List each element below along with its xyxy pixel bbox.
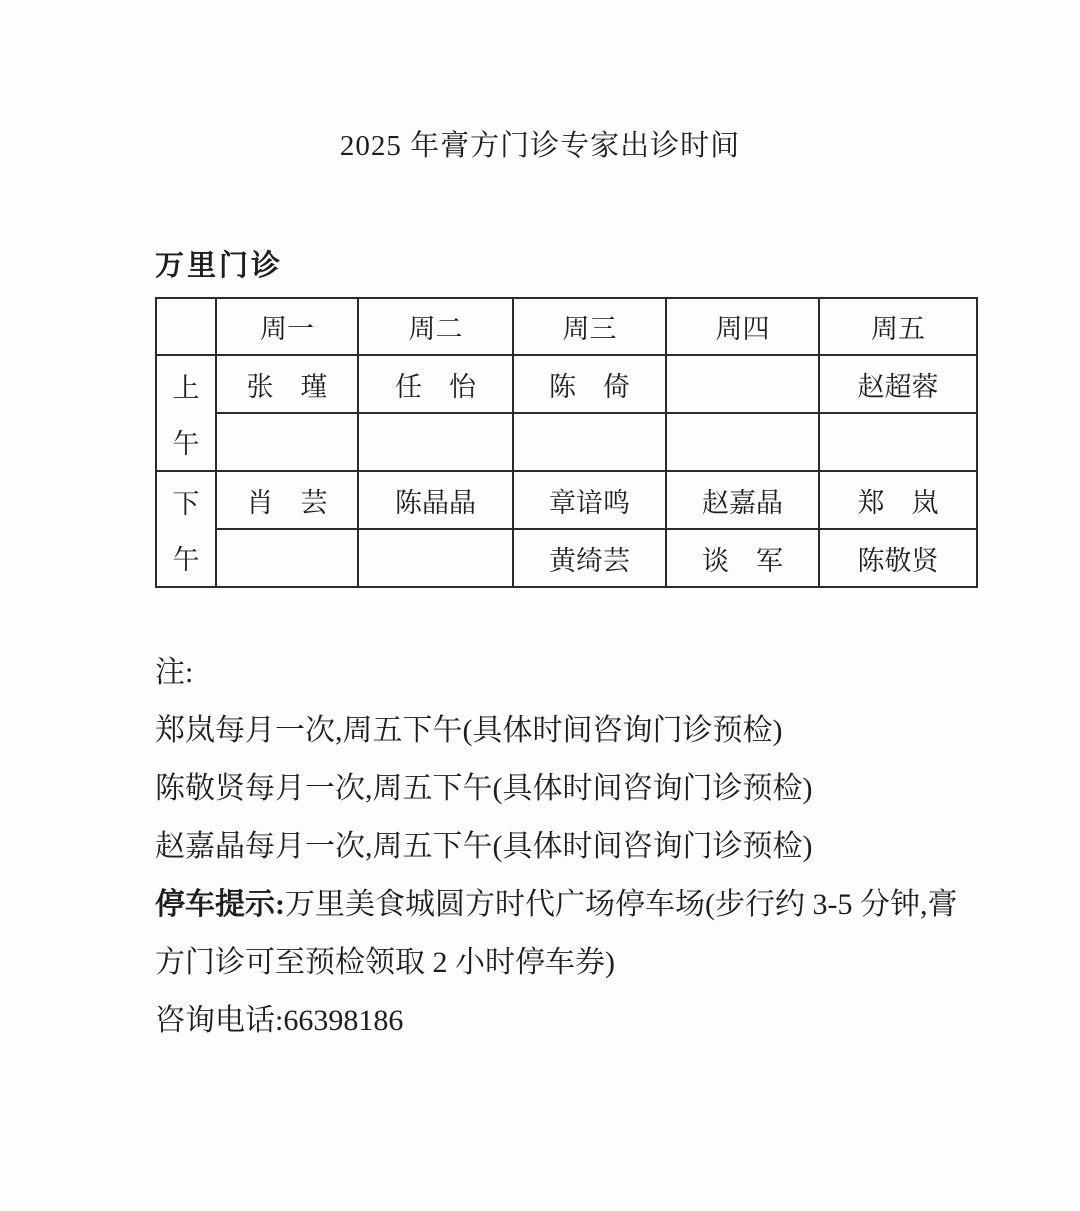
phone-line: 咨询电话:66398186	[155, 992, 976, 1050]
doctor-cell	[358, 529, 513, 587]
period-label-char: 午	[173, 422, 200, 461]
doctor-cell: 张 瑾	[216, 355, 358, 413]
phone-label: 咨询电话:	[155, 1004, 283, 1037]
day-header-row: 周一 周二 周三 周四 周五	[156, 298, 977, 355]
document-title: 2025 年膏方门诊专家出诊时间	[0, 126, 1080, 166]
parking-label: 停车提示:	[155, 888, 285, 921]
doctor-cell: 谈 军	[666, 529, 819, 587]
doctor-cell	[666, 355, 819, 413]
afternoon-row-1: 下 午 肖 芸 陈晶晶 章谙鸣 赵嘉晶 郑 岚	[156, 471, 977, 529]
note-line: 赵嘉晶每月一次,周五下午(具体时间咨询门诊预检)	[155, 818, 976, 876]
doctor-cell: 肖 芸	[216, 471, 358, 529]
doctor-cell: 陈 倚	[513, 355, 666, 413]
period-label-afternoon: 下 午	[156, 471, 216, 587]
doctor-cell: 陈敬贤	[819, 529, 977, 587]
doctor-cell: 陈晶晶	[358, 471, 513, 529]
note-line: 陈敬贤每月一次,周五下午(具体时间咨询门诊预检)	[155, 760, 976, 818]
document-content: 万里门诊 周一 周二 周三 周四 周五	[155, 246, 976, 1050]
doctor-cell: 郑 岚	[819, 471, 977, 529]
doctor-cell: 黄绮芸	[513, 529, 666, 587]
period-label-morning: 上 午	[156, 355, 216, 471]
phone-number: 66398186	[283, 1004, 403, 1037]
day-header-friday: 周五	[819, 298, 977, 355]
note-line: 郑岚每月一次,周五下午(具体时间咨询门诊预检)	[155, 702, 976, 760]
doctor-cell	[216, 413, 358, 471]
day-header-thursday: 周四	[666, 298, 819, 355]
period-label-morning-text: 上 午	[157, 357, 215, 469]
notes-label: 注:	[155, 644, 976, 702]
notes-section: 注: 郑岚每月一次,周五下午(具体时间咨询门诊预检) 陈敬贤每月一次,周五下午(…	[155, 644, 976, 1050]
day-header-tuesday: 周二	[358, 298, 513, 355]
afternoon-row-2: 黄绮芸 谈 军 陈敬贤	[156, 529, 977, 587]
day-header-wednesday: 周三	[513, 298, 666, 355]
doctor-cell	[819, 413, 977, 471]
doctor-cell	[513, 413, 666, 471]
doctor-cell	[666, 413, 819, 471]
day-header-monday: 周一	[216, 298, 358, 355]
corner-cell	[156, 298, 216, 355]
period-label-afternoon-text: 下 午	[157, 473, 215, 585]
doctor-cell: 赵嘉晶	[666, 471, 819, 529]
period-label-char: 下	[173, 482, 200, 521]
schedule-table: 周一 周二 周三 周四 周五 上 午 张 瑾 任 怡 陈 倚	[155, 297, 978, 588]
parking-notice: 停车提示:万里美食城圆方时代广场停车场(步行约 3-5 分钟,膏方门诊可至预检领…	[155, 876, 976, 992]
doctor-cell	[216, 529, 358, 587]
doctor-cell: 章谙鸣	[513, 471, 666, 529]
period-label-char: 上	[173, 366, 200, 405]
doctor-cell	[358, 413, 513, 471]
morning-row-1: 上 午 张 瑾 任 怡 陈 倚 赵超蓉	[156, 355, 977, 413]
document-page: 2025 年膏方门诊专家出诊时间 万里门诊 周一 周二 周三 周四 周五	[0, 0, 1080, 1211]
clinic-name-heading: 万里门诊	[155, 246, 976, 286]
period-label-char: 午	[173, 538, 200, 577]
doctor-cell: 赵超蓉	[819, 355, 977, 413]
doctor-cell: 任 怡	[358, 355, 513, 413]
morning-row-2	[156, 413, 977, 471]
